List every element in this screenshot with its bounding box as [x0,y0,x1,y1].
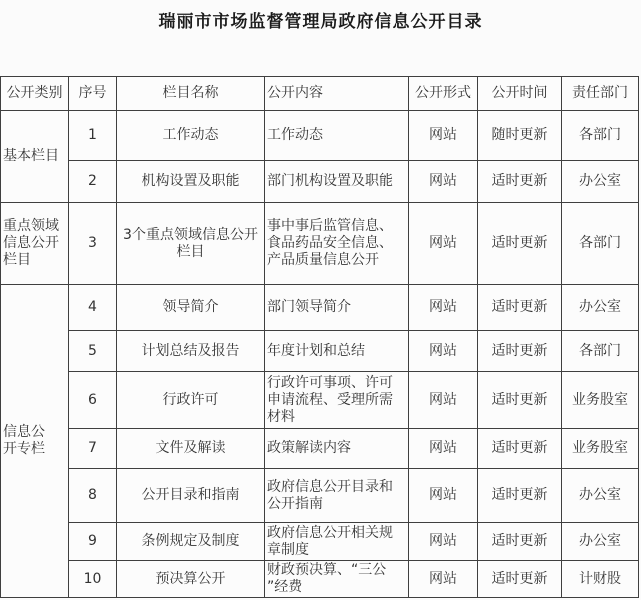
header-department: 责任部门 [562,77,639,111]
cell-content: 政府信息公开相关规 章制度 [265,523,409,561]
table-row: 重点领域 信息公开 栏目 3 3个重点领域信息公开 栏目 事中事后监管信息、 食… [1,203,639,285]
cell-column-name: 3个重点领域信息公开 栏目 [117,203,265,285]
table-row: 2 机构设置及职能 部门机构设置及职能 网站 适时更新 办公室 [1,161,639,203]
cell-column-name: 工作动态 [117,111,265,161]
cell-time: 适时更新 [478,331,562,372]
table-row: 5 计划总结及报告 年度计划和总结 网站 适时更新 各部门 [1,331,639,372]
cell-form: 网站 [409,372,478,429]
table-row: 信息公 开专栏 4 领导简介 部门领导简介 网站 适时更新 办公室 [1,285,639,331]
cell-serial: 2 [69,161,117,203]
cell-department: 各部门 [562,331,639,372]
cell-department: 各部门 [562,203,639,285]
cell-form: 网站 [409,561,478,598]
cell-content: 事中事后监管信息、 食品药品安全信息、 产品质量信息公开 [265,203,409,285]
cell-content: 工作动态 [265,111,409,161]
cell-department: 业务股室 [562,429,639,469]
cell-time: 适时更新 [478,161,562,203]
cell-column-name: 文件及解读 [117,429,265,469]
cell-serial: 4 [69,285,117,331]
header-form: 公开形式 [409,77,478,111]
cell-serial: 3 [69,203,117,285]
cell-serial: 9 [69,523,117,561]
cell-content: 政策解读内容 [265,429,409,469]
header-serial: 序号 [69,77,117,111]
cell-time: 适时更新 [478,285,562,331]
cell-content: 年度计划和总结 [265,331,409,372]
cell-serial: 8 [69,469,117,523]
cell-serial: 1 [69,111,117,161]
cell-time: 适时更新 [478,372,562,429]
cell-department: 办公室 [562,161,639,203]
header-time: 公开时间 [478,77,562,111]
table-row: 9 条例规定及制度 政府信息公开相关规 章制度 网站 适时更新 办公室 [1,523,639,561]
cell-column-name: 预决算公开 [117,561,265,598]
cell-department: 计财股 [562,561,639,598]
cell-time: 适时更新 [478,523,562,561]
cell-form: 网站 [409,429,478,469]
disclosure-table: 公开类别 序号 栏目名称 公开内容 公开形式 公开时间 责任部门 基本栏目 1 … [0,76,639,598]
cell-form: 网站 [409,469,478,523]
header-column-name: 栏目名称 [117,77,265,111]
cell-time: 适时更新 [478,469,562,523]
cell-column-name: 领导简介 [117,285,265,331]
category-cell-info-column: 信息公 开专栏 [1,285,69,598]
cell-column-name: 公开目录和指南 [117,469,265,523]
cell-column-name: 条例规定及制度 [117,523,265,561]
table-row: 6 行政许可 行政许可事项、许可 申请流程、受理所需 材料 网站 适时更新 业务… [1,372,639,429]
cell-time: 适时更新 [478,561,562,598]
table-row: 8 公开目录和指南 政府信息公开目录和 公开指南 网站 适时更新 办公室 [1,469,639,523]
cell-column-name: 计划总结及报告 [117,331,265,372]
cell-serial: 5 [69,331,117,372]
table-row: 10 预决算公开 财政预决算、“三公 ”经费 网站 适时更新 计财股 [1,561,639,598]
cell-form: 网站 [409,523,478,561]
cell-column-name: 机构设置及职能 [117,161,265,203]
cell-department: 各部门 [562,111,639,161]
cell-form: 网站 [409,285,478,331]
cell-department: 办公室 [562,523,639,561]
cell-content: 财政预决算、“三公 ”经费 [265,561,409,598]
cell-form: 网站 [409,111,478,161]
cell-form: 网站 [409,331,478,372]
cell-department: 办公室 [562,469,639,523]
table-row: 基本栏目 1 工作动态 工作动态 网站 随时更新 各部门 [1,111,639,161]
header-row: 公开类别 序号 栏目名称 公开内容 公开形式 公开时间 责任部门 [1,77,639,111]
table-row: 7 文件及解读 政策解读内容 网站 适时更新 业务股室 [1,429,639,469]
cell-serial: 6 [69,372,117,429]
cell-time: 随时更新 [478,111,562,161]
cell-department: 办公室 [562,285,639,331]
cell-form: 网站 [409,161,478,203]
cell-time: 适时更新 [478,203,562,285]
header-category: 公开类别 [1,77,69,111]
cell-content: 部门领导简介 [265,285,409,331]
cell-column-name: 行政许可 [117,372,265,429]
cell-content: 行政许可事项、许可 申请流程、受理所需 材料 [265,372,409,429]
category-cell-basic: 基本栏目 [1,111,69,203]
cell-serial: 10 [69,561,117,598]
cell-department: 业务股室 [562,372,639,429]
cell-content: 政府信息公开目录和 公开指南 [265,469,409,523]
cell-form: 网站 [409,203,478,285]
cell-serial: 7 [69,429,117,469]
header-content: 公开内容 [265,77,409,111]
cell-content: 部门机构设置及职能 [265,161,409,203]
category-cell-key-areas: 重点领域 信息公开 栏目 [1,203,69,285]
page-title: 瑞丽市市场监督管理局政府信息公开目录 [0,0,641,33]
cell-time: 适时更新 [478,429,562,469]
